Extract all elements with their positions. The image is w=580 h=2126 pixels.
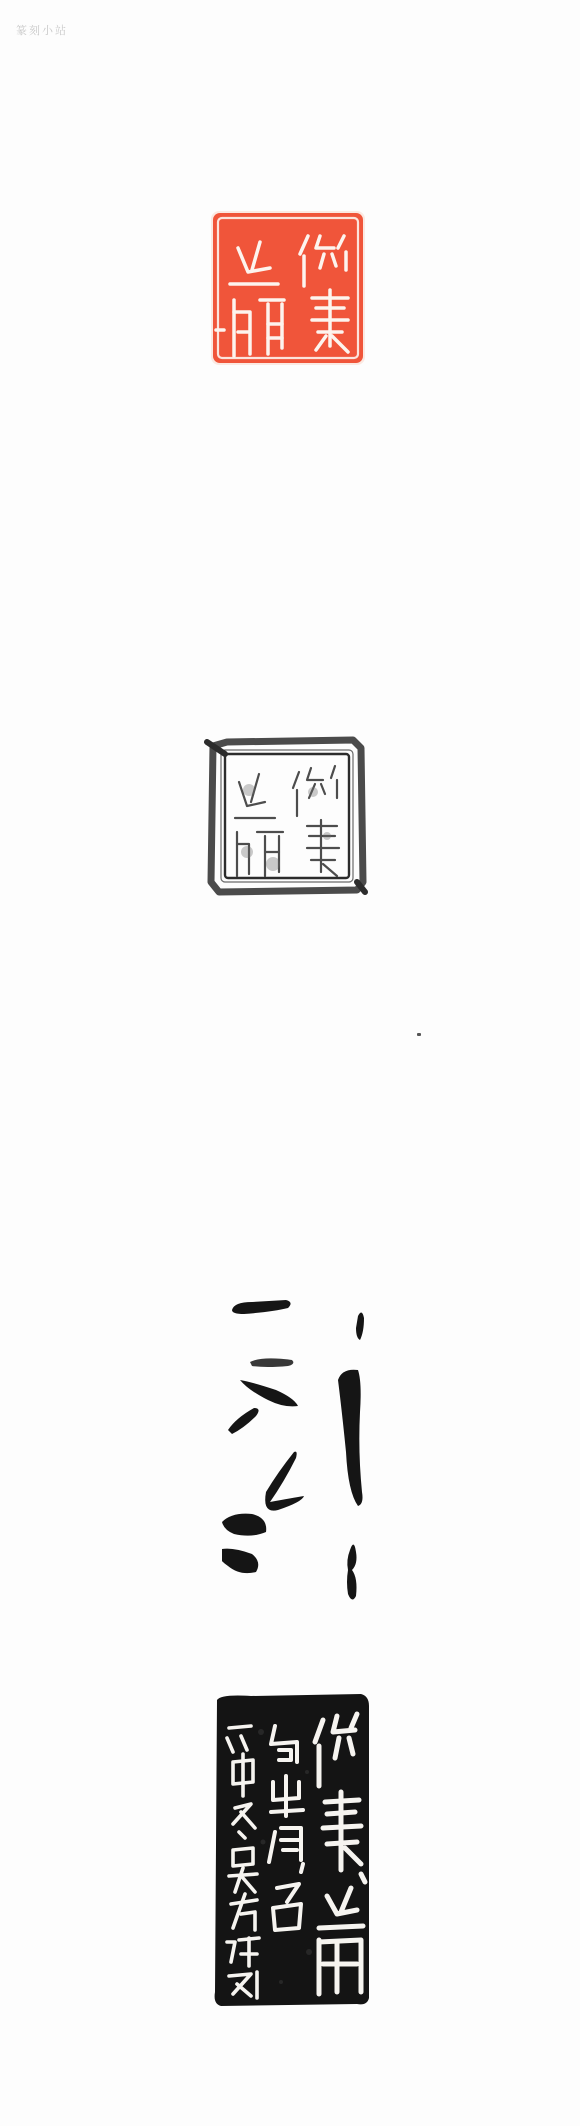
watermark-text: 篆刻小站: [16, 22, 68, 38]
ink-speck: [417, 1033, 421, 1036]
brush-inscription-image: side inscription rendered in brush strok…: [222, 1282, 368, 1612]
red-seal-image: red seal impression, white-character int…: [208, 208, 368, 368]
gray-seal-rubbing-image: gray ink rubbing of the same seal, borde…: [203, 732, 371, 898]
black-rubbing-image: side-inscription rubbing, white characte…: [211, 1692, 371, 2010]
